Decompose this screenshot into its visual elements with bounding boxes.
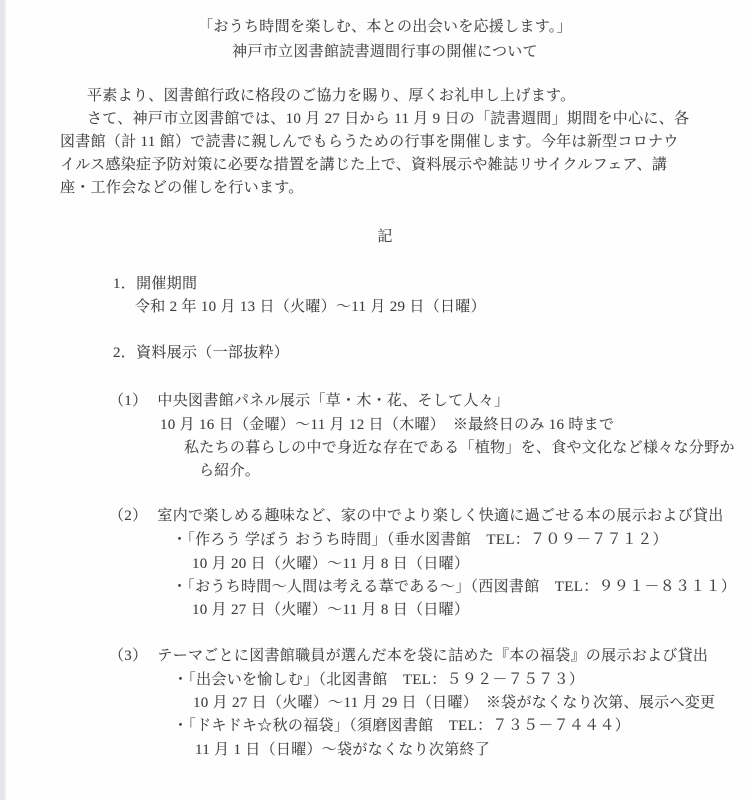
exhibit-item-2-heading: （2）室内で楽しめる趣味など、家の中でより楽しく快適に過ごせる本の展示および貸出 (109, 508, 724, 525)
exhibit-item-3-event-2-name: ・「ドキドキ☆秋の福袋」（須磨図書館 TEL：７３５－７４４４） (173, 718, 630, 735)
exhibit-item-1-title: 中央図書館パネル展示「草・木・花、そして人々」 (157, 393, 509, 409)
remark-marker: 記 (60, 229, 710, 246)
exhibit-item-2-title: 室内で楽しめる趣味など、家の中でより楽しく快適に過ごせる本の展示および貸出 (157, 508, 723, 524)
exhibit-item-2-event-1-name: ・「作ろう 学ぼう おうち時間」（垂水図書館 TEL：７０９－７７１２） (172, 532, 668, 549)
intro-line-1: さて、神戸市立図書館では、10 月 27 日から 11 月 9 日の「読書週間」… (87, 111, 689, 128)
exhibit-item-3-event-2-date: 11 月 1 日（日曜）～袋がなくなり次第終了 (195, 742, 490, 759)
exhibit-item-2-event-2-name: ・「おうち時間～人間は考える葦である～」（西図書館 TEL：９９１－８３１１） (172, 579, 736, 596)
scanned-document: 「おうち時間を楽しむ、本との出会いを応援します。」 神戸市立図書館読書週間行事の… (0, 0, 746, 800)
intro-line-4: 座・工作会などの催しを行います。 (60, 180, 304, 197)
doc-title-line1: 「おうち時間を楽しむ、本との出会いを応援します。」 (60, 19, 710, 36)
exhibit-item-1-heading: （1）中央図書館パネル展示「草・木・花、そして人々」 (109, 393, 509, 410)
exhibit-item-1-desc-line1: 私たちの暮らしの中で身近な存在である「植物」を、食や文化など様々な分野か (184, 440, 735, 457)
exhibit-item-1-number: （1） (109, 393, 147, 409)
exhibit-item-3-heading: （3）テーマごとに図書館職員が選んだ本を袋に詰めた『本の福袋』の展示および貸出 (109, 648, 708, 665)
page-edge-strip (0, 0, 6, 800)
exhibits-heading: 2．資料展示（一部抜粋） (113, 345, 289, 362)
period-value: 令和 2 年 10 月 13 日（火曜）～11 月 29 日（日曜） (135, 299, 486, 316)
intro-line-2: 図書館（計 11 館）で読書に親しんでもらうための行事を開催します。今年は新型コ… (60, 134, 679, 151)
intro-line-3: イルス感染症予防対策に必要な措置を講じた上で、資料展示や雑誌リサイクルフェア、講 (60, 157, 667, 174)
period-heading: 1．開催期間 (113, 276, 197, 293)
exhibit-item-3-title: テーマごとに図書館職員が選んだ本を袋に詰めた『本の福袋』の展示および貸出 (157, 648, 708, 664)
exhibit-item-3-event-1-date: 10 月 27 日（火曜）～11 月 29 日（日曜） ※袋がなくなり次第、展示… (193, 695, 715, 712)
exhibit-item-1-date: 10 月 16 日（金曜）～11 月 12 日（木曜） ※最終日のみ 16 時ま… (160, 417, 614, 434)
exhibit-item-2-event-1-date: 10 月 20 日（火曜）～11 月 8 日（日曜） (192, 556, 469, 573)
greeting-line: 平素より、図書館行政に格段のご協力を賜り、厚くお礼申し上げます。 (87, 88, 575, 105)
exhibit-item-3-number: （3） (109, 648, 147, 664)
exhibit-item-2-event-2-date: 10 月 27 日（火曜）～11 月 8 日（日曜） (192, 602, 469, 619)
exhibit-item-3-event-1-name: ・「出会いを愉しむ」（北図書館 TEL：５９２－７５７３） (173, 672, 584, 689)
exhibit-item-1-desc-line2: ら紹介。 (199, 463, 260, 480)
exhibit-item-2-number: （2） (109, 508, 147, 524)
doc-title-line2: 神戸市立図書館読書週間行事の開催について (60, 44, 710, 61)
